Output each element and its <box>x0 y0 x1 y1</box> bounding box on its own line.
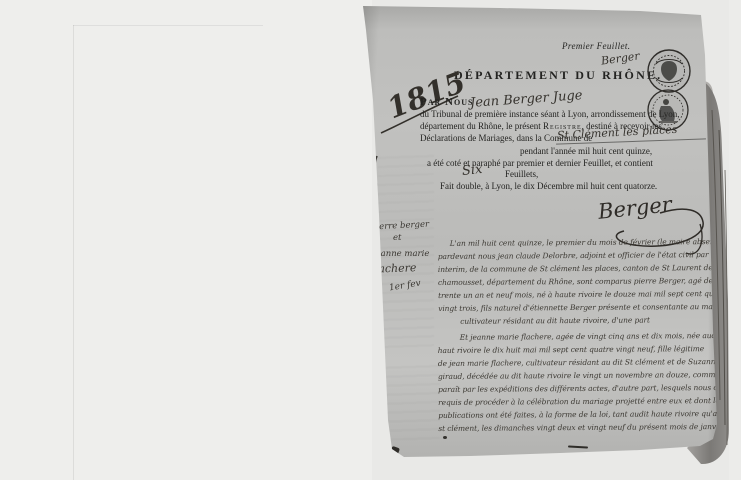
ink-speck <box>443 436 447 439</box>
scanned-register-image: Premier Feuillet. Berger DÉPARTEMENT DU … <box>0 0 741 480</box>
scan-background-right <box>729 0 741 480</box>
register-page: Premier Feuillet. Berger DÉPARTEMENT DU … <box>360 4 722 460</box>
